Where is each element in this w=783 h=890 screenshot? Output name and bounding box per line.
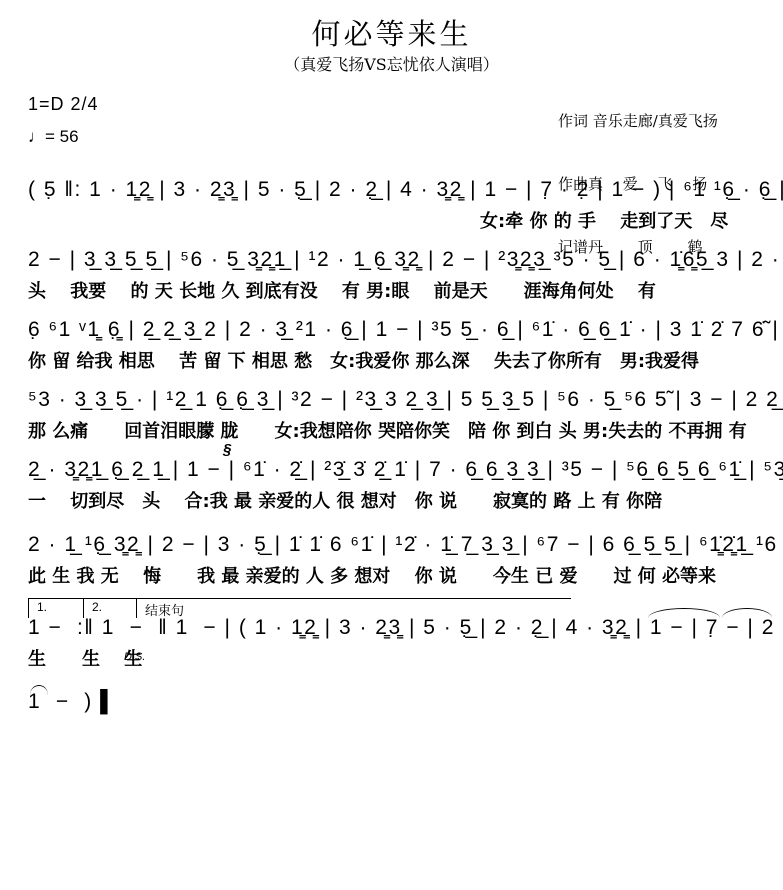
notation-line: 2̲ · 3̳2̳1̲ 6̣̲ 2̲ 1̲ | 1 − | ⁶1̇ · 2̲̇ … xyxy=(28,458,777,482)
lyrics-line: 头 我要 的 天 长地 久 到底有没 有 男:眼 前是天 涯海角何处 有 xyxy=(28,277,777,303)
lyrics-line: 女:牵 你 的 手 走到了天 尽 xyxy=(28,207,777,233)
lyrics-line: 那 么痛 回首泪眼朦 胧 女:我想陪你 哭陪你笑 陪 你 到白 头 男:失去的 … xyxy=(28,417,777,443)
lyricist-credit: 作词 音乐走廊/真爱飞扬 xyxy=(558,111,758,132)
system-3: 6̣ ⁶1 ᵛ1̳ 6̣̳ | 2̲ 2̲ 3̲ 2 | 2 · 3̲ ²1 ·… xyxy=(28,318,777,373)
notation-line: ( 5̣ ‖: 1 · 1̳2̳ | 3 · 2̳3̳ | 5 · 5̣̲ | … xyxy=(28,178,777,202)
volta-coda-phrase: 结束句 xyxy=(136,598,571,618)
sheet-music-page: 何必等来生 （真爱飞扬VS忘忧依人演唱） 作词 音乐走廊/真爱飞扬 作曲真 爱 … xyxy=(0,0,783,890)
slur-arc xyxy=(648,608,720,618)
song-title: 何必等来生 xyxy=(0,12,783,53)
notation-line: 1 − :‖ 1 − ‖ 1 − | ( 1 · 1̳2̳ | 3 · 2̳3̳… xyxy=(28,616,777,640)
system-5: 2̲ · 3̳2̳1̲ 6̣̲ 2̲ 1̲ | 1 − | ⁶1̇ · 2̲̇ … xyxy=(28,458,777,513)
dal-segno-marking: D.S. xyxy=(124,651,145,663)
volta-second-ending: 2. xyxy=(83,598,136,618)
system-2: 2 − | 3̲ 3̲ 5̲ 5̲ | ⁵6 · 5̲ 3̳2̳1̲ | ¹2 … xyxy=(28,248,777,303)
notation-line: 2 − | 3̲ 3̲ 5̲ 5̲ | ⁵6 · 5̲ 3̳2̳1̲ | ¹2 … xyxy=(28,248,777,272)
key-signature: 1=D 2/4 xyxy=(28,94,99,115)
system-1: ( 5̣ ‖: 1 · 1̳2̳ | 3 · 2̳3̳ | 5 · 5̣̲ | … xyxy=(28,178,777,233)
tempo-marking: ♩= 56 xyxy=(28,127,79,147)
volta-first-ending: 1. xyxy=(28,598,83,618)
lyrics-line: 此 生 我 无 悔 我 最 亲爱的 人 多 想对 你 说 今生 已 爱 过 何 … xyxy=(28,562,777,588)
notation-line: 6̣ ⁶1 ᵛ1̳ 6̣̳ | 2̲ 2̲ 3̲ 2 | 2 · 3̲ ²1 ·… xyxy=(28,318,777,342)
volta-brackets: 1. 2. 结束句 xyxy=(28,598,571,618)
lyrics-line: 你 留 给我 相思 苦 留 下 相思 愁 女:我爱你 那么深 失去了你所有 男:… xyxy=(28,347,777,373)
notation-line: 1 − ) ▌ xyxy=(28,690,777,714)
lyrics-line: 一 切到尽 头 合:我 最 亲爱的人 很 想对 你 说 寂寞的 路 上 有 你陪 xyxy=(28,487,777,513)
slur-arc xyxy=(722,608,772,618)
system-6: 2 · 1̲ ¹6̣̲ 3̳2̳ | 2 − | 3 · 5̣̲ | 1̇ 1̇… xyxy=(28,533,777,588)
segno-icon: § xyxy=(223,441,231,458)
system-4: ⁵3 · 3̲ 3̲ 5̲ · | ¹2̲ 1 6̣̲ 6̣̲ 3̲ | ³2 … xyxy=(28,388,777,443)
notation-line: 2 · 1̲ ¹6̣̲ 3̳2̳ | 2 − | 3 · 5̣̲ | 1̇ 1̇… xyxy=(28,533,777,557)
system-8: 1 − ) ▌ xyxy=(28,690,777,714)
notation-line: ⁵3 · 3̲ 3̲ 5̲ · | ¹2̲ 1 6̣̲ 6̣̲ 3̲ | ³2 … xyxy=(28,388,777,412)
